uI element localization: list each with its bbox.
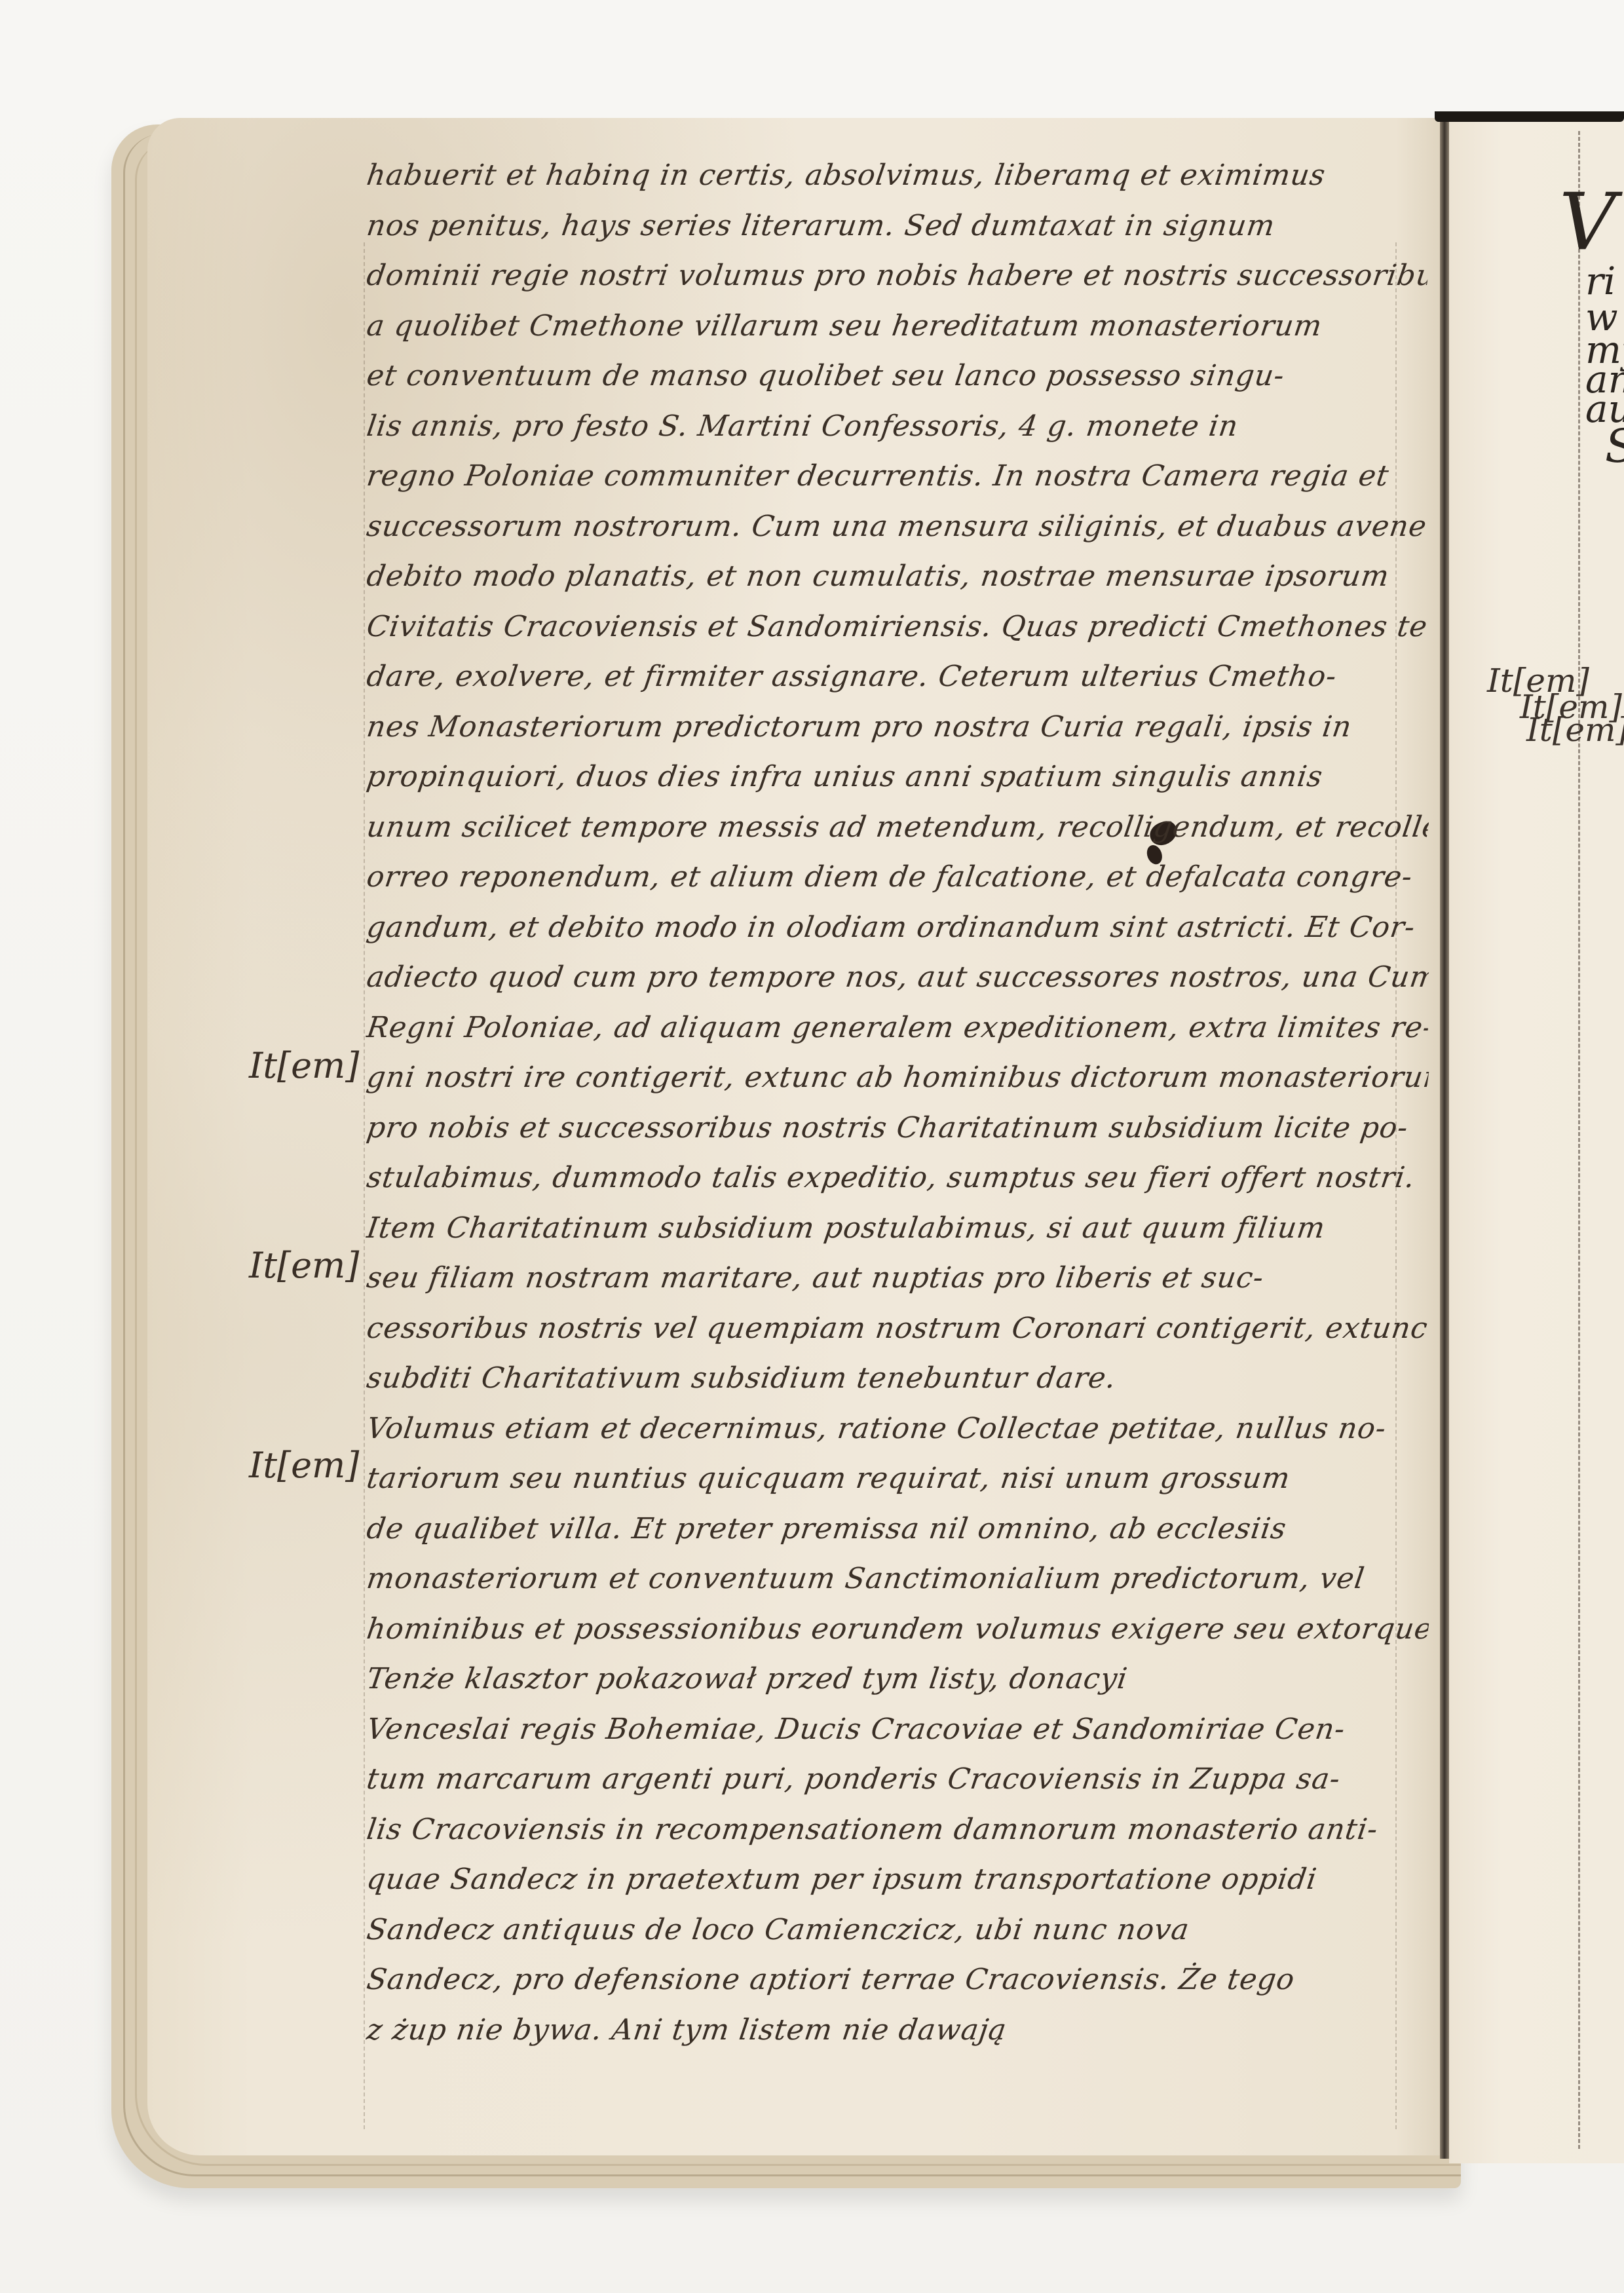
manuscript-line: a quolibet Cmethone villarum seu heredit… <box>364 301 1432 352</box>
manuscript-text-block: habuerit et habinq in certis, absolvimus… <box>367 151 1428 2055</box>
manuscript-line: Volumus etiam et decernimus, ratione Col… <box>364 1404 1432 1454</box>
manuscript-line: de qualibet villa. Et preter premissa ni… <box>364 1504 1432 1555</box>
manuscript-line: Venceslai regis Bohemiae, Ducis Cracovia… <box>364 1705 1432 1755</box>
manuscript-line: seu filiam nostram maritare, aut nuptias… <box>364 1253 1432 1304</box>
manuscript-line: dare, exolvere, et firmiter assignare. C… <box>364 652 1432 702</box>
manuscript-line: et conventuum de manso quolibet seu lanc… <box>364 351 1432 402</box>
manuscript-line: debito modo planatis, et non cumulatis, … <box>364 552 1432 602</box>
manuscript-line: Sandecz antiquus de loco Camienczicz, ub… <box>364 1905 1432 1956</box>
manuscript-line: unum scilicet tempore messis ad metendum… <box>364 803 1432 853</box>
manuscript-line: successorum nostrorum. Cum una mensura s… <box>364 502 1432 552</box>
manuscript-line: Regni Poloniae, ad aliquam generalem exp… <box>364 1003 1432 1053</box>
marginal-note-item: It[em] <box>249 1045 359 1086</box>
manuscript-line: tum marcarum argenti puri, ponderis Crac… <box>364 1754 1432 1805</box>
manuscript-line: quae Sandecz in praetextum per ipsum tra… <box>364 1855 1432 1905</box>
manuscript-line: Sandecz, pro defensione aptiori terrae C… <box>364 1955 1432 2005</box>
manuscript-line: gandum, et debito modo in olodiam ordina… <box>364 903 1432 953</box>
manuscript-line: pro nobis et successoribus nostris Chari… <box>364 1103 1432 1154</box>
manuscript-line: lis Cracoviensis in recompensationem dam… <box>364 1805 1432 1855</box>
marginal-note-item: It[em] <box>249 1445 359 1486</box>
manuscript-line: habuerit et habinq in certis, absolvimus… <box>364 151 1432 201</box>
right-page-fragment: S <box>1605 419 1624 473</box>
manuscript-line: hominibus et possessionibus eorundem vol… <box>364 1604 1432 1655</box>
manuscript-line: propinquiori, duos dies infra unius anni… <box>364 752 1432 803</box>
manuscript-line: monasteriorum et conventuum Sanctimonial… <box>364 1554 1432 1604</box>
right-page-margin-ruling <box>1578 131 1580 2149</box>
manuscript-line: cessoribus nostris vel quempiam nostrum … <box>364 1304 1432 1354</box>
manuscript-line: tariorum seu nuntius quicquam requirat, … <box>364 1454 1432 1504</box>
right-page-fragment: V <box>1559 177 1616 268</box>
manuscript-line: nos penitus, hays series literarum. Sed … <box>364 201 1432 252</box>
manuscript-line: subditi Charitativum subsidium tenebuntu… <box>364 1354 1432 1404</box>
manuscript-line: Item Charitatinum subsidium postulabimus… <box>364 1203 1432 1254</box>
marginal-note-item: It[em] <box>249 1245 359 1286</box>
manuscript-line: orreo reponendum, et alium diem de falca… <box>364 852 1432 903</box>
book-gutter <box>1440 115 1449 2159</box>
binding-edge <box>1435 111 1624 122</box>
manuscript-line: dominii regie nostri volumus pro nobis h… <box>364 251 1432 301</box>
manuscript-line: stulabimus, dummodo talis expeditio, sum… <box>364 1153 1432 1203</box>
manuscript-line: adiecto quod cum pro tempore nos, aut su… <box>364 953 1432 1003</box>
manuscript-line: lis annis, pro festo S. Martini Confesso… <box>364 402 1432 452</box>
right-marginal-item: It[em] <box>1526 711 1624 749</box>
manuscript-line: Tenże klasztor pokazował przed tym listy… <box>364 1654 1432 1705</box>
manuscript-line: z żup nie bywa. Ani tym listem nie dawaj… <box>364 2005 1432 2056</box>
manuscript-line: nes Monasteriorum predictorum pro nostra… <box>364 702 1432 753</box>
manuscript-line: Civitatis Cracoviensis et Sandomiriensis… <box>364 602 1432 653</box>
manuscript-line: regno Poloniae communiter decurrentis. I… <box>364 451 1432 502</box>
manuscript-line: gni nostri ire contigerit, extunc ab hom… <box>364 1053 1432 1103</box>
